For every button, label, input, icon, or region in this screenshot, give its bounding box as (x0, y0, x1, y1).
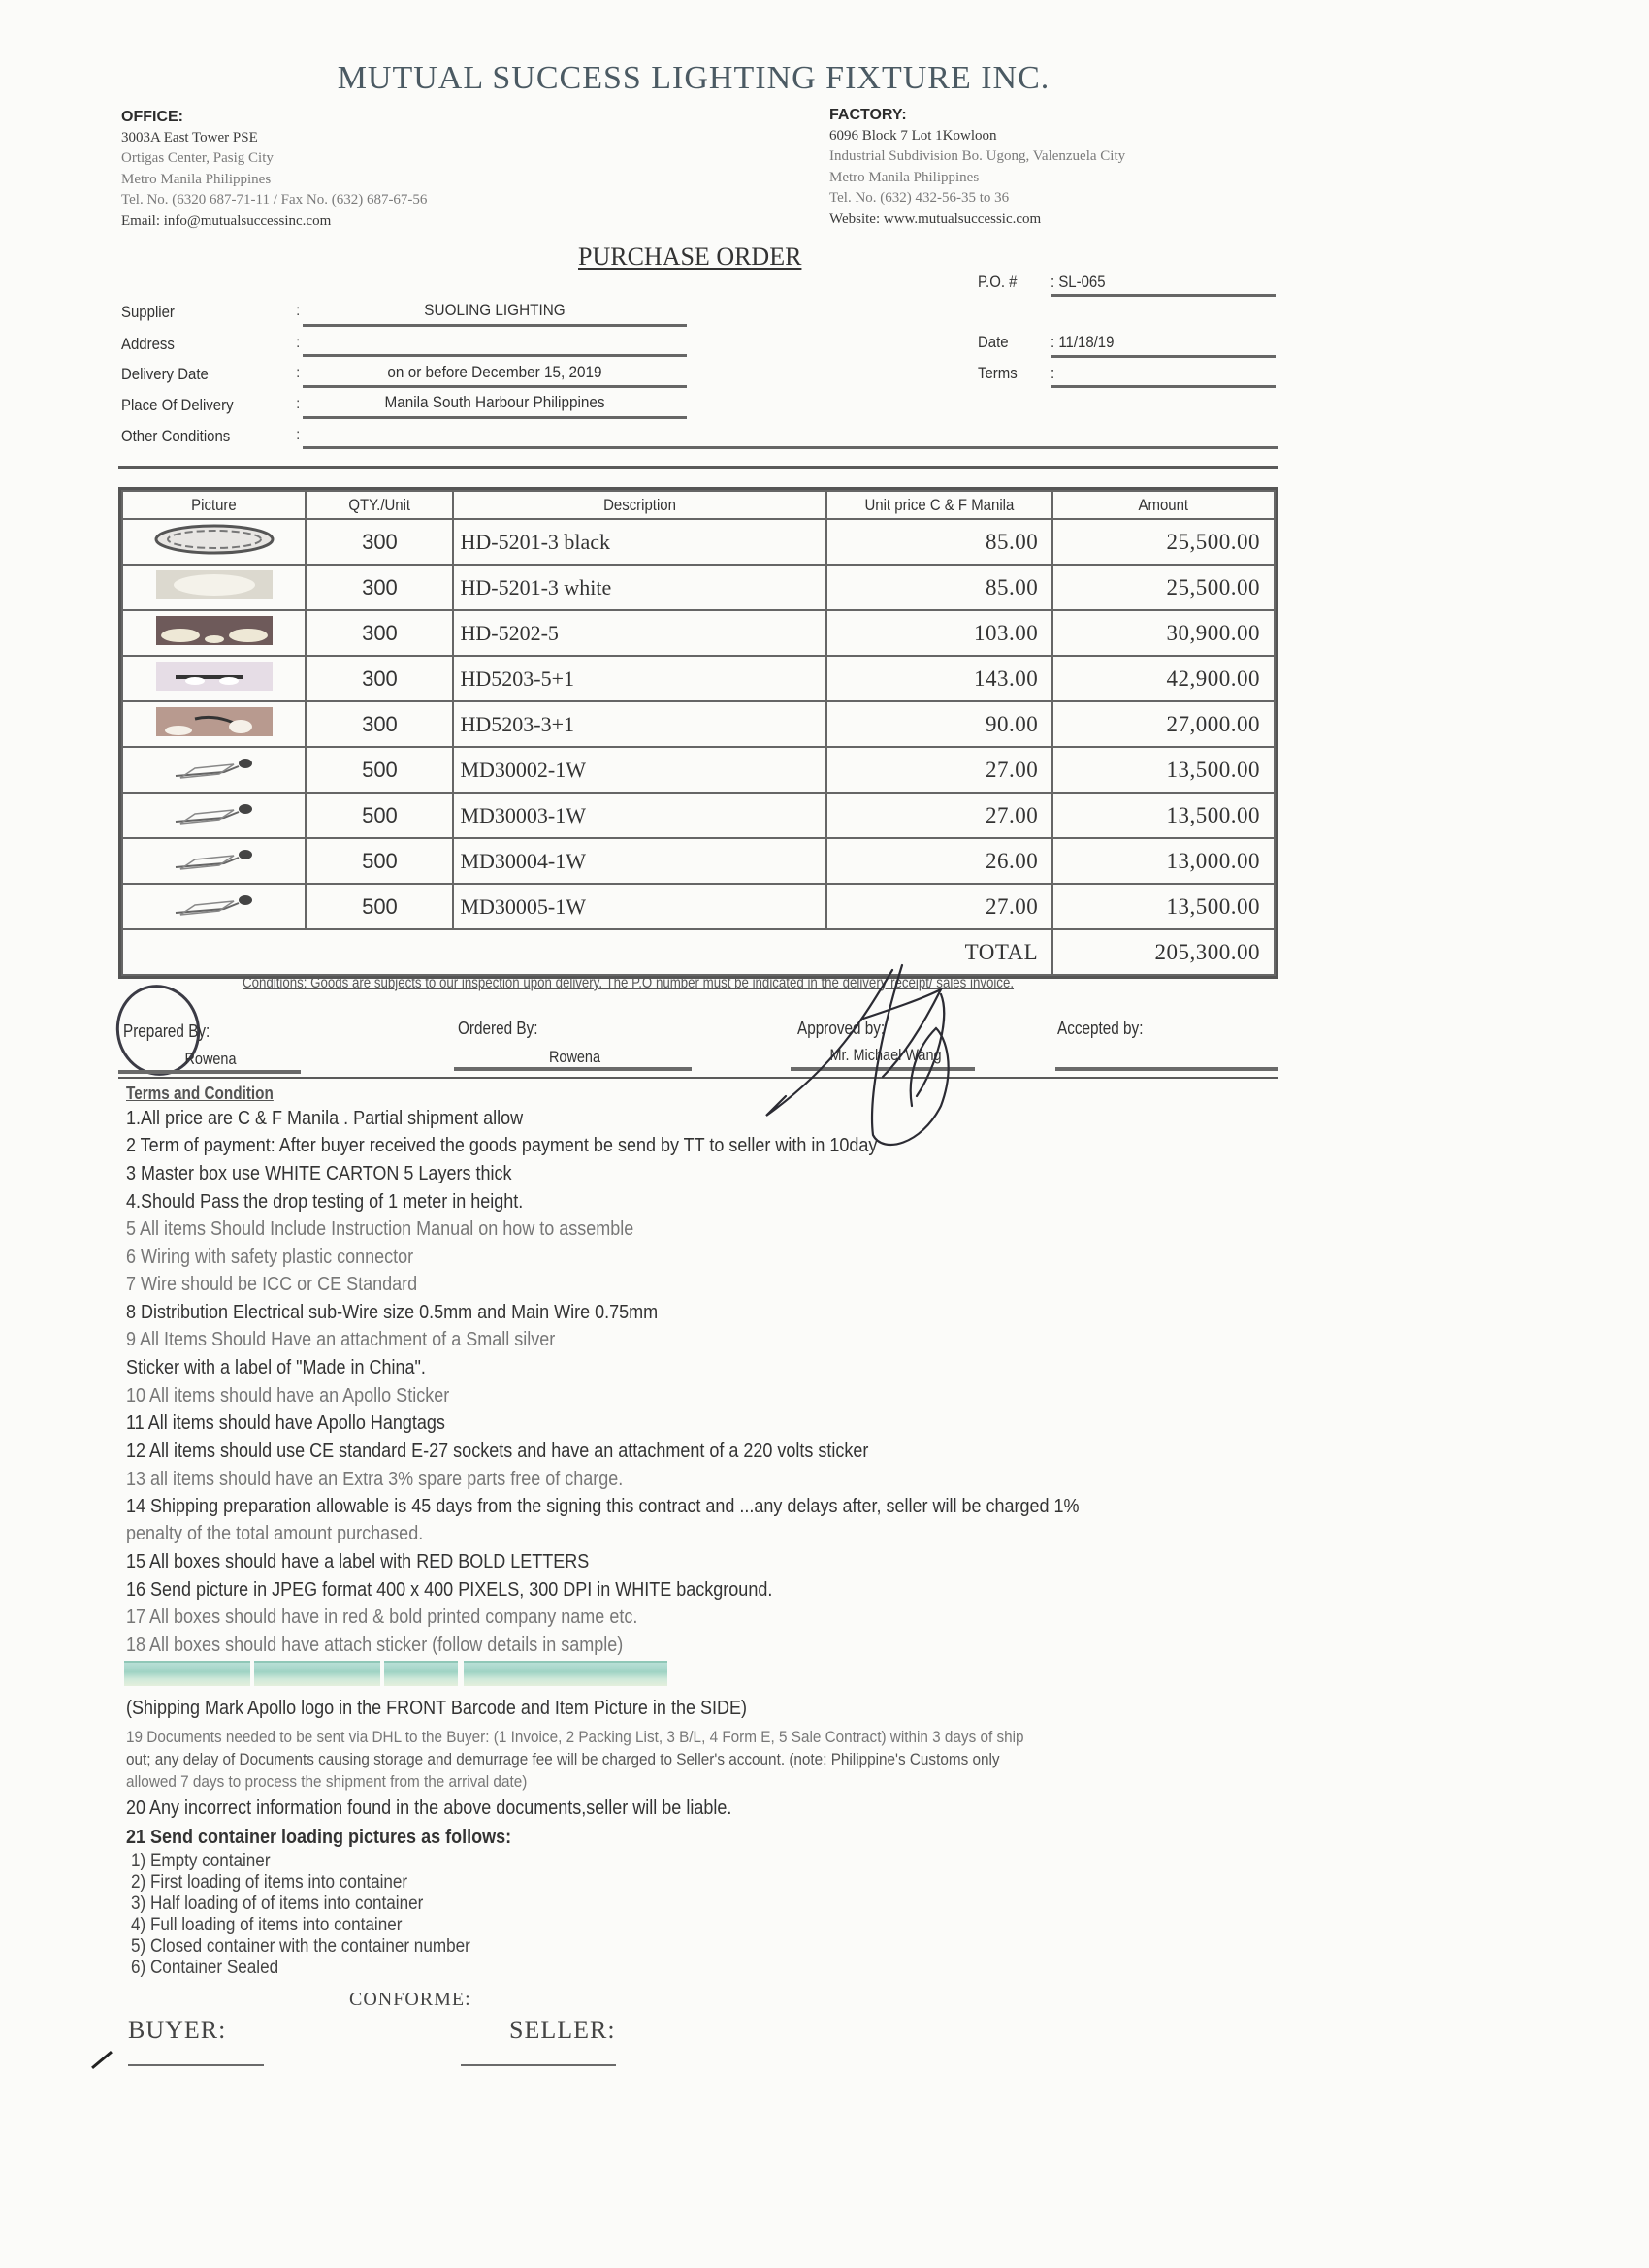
item-unit-price: 27.00 (826, 884, 1052, 929)
item-description: HD-5201-3 black (453, 519, 826, 565)
factory-line: Metro Manila Philippines (829, 168, 1125, 189)
ordered-by-label: Ordered By: (458, 1019, 537, 1039)
item-qty: 300 (306, 701, 453, 747)
prepared-by-label: Prepared By: (123, 1021, 210, 1042)
item-picture (122, 793, 306, 838)
supplier-line (303, 324, 687, 327)
lamp-image-icon (146, 705, 282, 738)
terms-title: Terms and Condition (126, 1084, 274, 1104)
prepared-by-line (118, 1070, 301, 1074)
supplier-colon: : (296, 303, 300, 320)
accepted-by-line (1055, 1067, 1278, 1071)
prepared-by-name: Rowena (137, 1050, 285, 1069)
term-item: 11 All items should have Apollo Hangtags (126, 1412, 445, 1435)
item-picture (122, 701, 306, 747)
lamp-image-icon (146, 888, 282, 921)
table-header-row: Picture QTY./Unit Description Unit price… (122, 491, 1275, 519)
column-header-unit-price: Unit price C & F Manila (826, 491, 1052, 519)
office-address: OFFICE: 3003A East Tower PSE Ortigas Cen… (121, 107, 427, 232)
item-unit-price: 103.00 (826, 610, 1052, 656)
loading-picture-item: 4) Full loading of items into container (131, 1915, 402, 1936)
buyer-label: BUYER: (128, 2016, 226, 2045)
item-unit-price: 143.00 (826, 656, 1052, 701)
term-item: 10 All items should have an Apollo Stick… (126, 1385, 449, 1408)
item-picture (122, 565, 306, 610)
address-label: Address (121, 335, 175, 354)
lamp-image-icon (146, 660, 282, 693)
item-description: MD30002-1W (453, 747, 826, 793)
table-row: 300HD-5201-3 black85.0025,500.00 (122, 519, 1275, 565)
term-item: 20 Any incorrect information found in th… (126, 1798, 731, 1820)
term-item: 5 All items Should Include Instruction M… (126, 1218, 633, 1241)
item-unit-price: 85.00 (826, 565, 1052, 610)
sticker-sample-image (464, 1661, 667, 1686)
item-qty: 300 (306, 610, 453, 656)
table-row: 300HD5203-5+1143.0042,900.00 (122, 656, 1275, 701)
item-picture (122, 610, 306, 656)
loading-picture-item: 5) Closed container with the container n… (131, 1936, 470, 1958)
item-amount: 13,500.00 (1052, 884, 1275, 929)
term-item: 21 Send container loading pictures as fo… (126, 1827, 511, 1849)
terms-label: Terms (978, 364, 1018, 383)
term-item: Sticker with a label of "Made in China". (126, 1357, 426, 1379)
factory-line: Tel. No. (632) 432-56-35 to 36 (829, 188, 1125, 210)
factory-line: Industrial Subdivision Bo. Ugong, Valenz… (829, 146, 1125, 168)
total-row: TOTAL 205,300.00 (122, 929, 1275, 975)
term-item: 9 All Items Should Have an attachment of… (126, 1329, 555, 1351)
item-description: HD5203-3+1 (453, 701, 826, 747)
item-qty: 300 (306, 565, 453, 610)
office-line: Tel. No. (6320 687-71-11 / Fax No. (632)… (121, 190, 427, 211)
place-of-delivery-value: Manila South Harbour Philippines (322, 393, 667, 412)
lamp-image-icon (146, 523, 282, 556)
other-conditions-line (303, 446, 1278, 449)
column-header-qty: QTY./Unit (306, 491, 453, 519)
loading-picture-item: 1) Empty container (131, 1851, 271, 1872)
place-of-delivery-colon: : (296, 396, 300, 413)
table-row: 500MD30002-1W27.0013,500.00 (122, 747, 1275, 793)
accepted-by-label: Accepted by: (1057, 1019, 1143, 1039)
item-amount: 13,000.00 (1052, 838, 1275, 884)
lamp-image-icon (146, 796, 282, 829)
term-item: 3 Master box use WHITE CARTON 5 Layers t… (126, 1163, 511, 1185)
item-amount: 30,900.00 (1052, 610, 1275, 656)
lamp-image-icon (146, 568, 282, 601)
item-amount: 27,000.00 (1052, 701, 1275, 747)
item-qty: 500 (306, 747, 453, 793)
term-item: 17 All boxes should have in red & bold p… (126, 1606, 637, 1629)
section-divider (118, 466, 1278, 469)
item-unit-price: 90.00 (826, 701, 1052, 747)
table-row: 300HD-5201-3 white85.0025,500.00 (122, 565, 1275, 610)
address-line (303, 354, 687, 357)
term-item: 19 Documents needed to be sent via DHL t… (126, 1728, 1024, 1747)
item-qty: 300 (306, 656, 453, 701)
ordered-by-name: Rowena (473, 1048, 675, 1067)
factory-heading: FACTORY: (829, 105, 1125, 126)
date-label: Date (978, 333, 1009, 352)
delivery-date-line (303, 385, 687, 388)
buyer-signature-line (128, 2064, 264, 2066)
item-description: HD-5201-3 white (453, 565, 826, 610)
item-amount: 13,500.00 (1052, 793, 1275, 838)
term-item: 18 All boxes should have attach sticker … (126, 1635, 623, 1657)
po-number-value: : SL-065 (1051, 273, 1106, 292)
other-conditions-label: Other Conditions (121, 427, 230, 446)
office-line: 3003A East Tower PSE (121, 128, 427, 149)
terms-line (1051, 385, 1276, 388)
item-description: MD30005-1W (453, 884, 826, 929)
pen-mark (91, 2051, 113, 2069)
table-row: 500MD30003-1W27.0013,500.00 (122, 793, 1275, 838)
delivery-date-value: on or before December 15, 2019 (322, 363, 667, 382)
supplier-label: Supplier (121, 303, 175, 322)
term-item: 15 All boxes should have a label with RE… (126, 1551, 589, 1573)
loading-picture-item: 3) Half loading of of items into contain… (131, 1894, 423, 1915)
table-row: 300HD-5202-5103.0030,900.00 (122, 610, 1275, 656)
line-items-table: Picture QTY./Unit Description Unit price… (118, 487, 1278, 979)
place-of-delivery-label: Place Of Delivery (121, 396, 234, 415)
conforme-title: CONFORME: (349, 1989, 471, 2011)
column-header-picture: Picture (122, 491, 306, 519)
column-header-amount: Amount (1052, 491, 1275, 519)
term-item: 16 Send picture in JPEG format 400 x 400… (126, 1579, 772, 1602)
supplier-value: SUOLING LIGHTING (322, 301, 667, 320)
term-item: out; any delay of Documents causing stor… (126, 1750, 1000, 1769)
item-picture (122, 747, 306, 793)
term-item: 14 Shipping preparation allowable is 45 … (126, 1496, 1080, 1518)
lamp-image-icon (146, 751, 282, 784)
item-unit-price: 26.00 (826, 838, 1052, 884)
po-number-label: P.O. # (978, 273, 1017, 292)
office-line: Metro Manila Philippines (121, 170, 427, 191)
signature-divider (118, 1077, 1278, 1079)
seller-label: SELLER: (509, 2016, 616, 2045)
term-item: 2 Term of payment: After buyer received … (126, 1135, 877, 1157)
handwritten-signature-icon (747, 960, 1009, 1154)
term-item: 7 Wire should be ICC or CE Standard (126, 1274, 417, 1296)
item-description: HD-5202-5 (453, 610, 826, 656)
date-line (1051, 355, 1276, 358)
item-picture (122, 838, 306, 884)
item-amount: 25,500.00 (1052, 519, 1275, 565)
date-value: : 11/18/19 (1051, 333, 1114, 352)
table-row: 300HD5203-3+190.0027,000.00 (122, 701, 1275, 747)
term-item: 1.All price are C & F Manila . Partial s… (126, 1108, 523, 1130)
item-amount: 13,500.00 (1052, 747, 1275, 793)
table-row: 500MD30005-1W27.0013,500.00 (122, 884, 1275, 929)
loading-picture-item: 6) Container Sealed (131, 1958, 278, 1979)
term-item: 13 all items should have an Extra 3% spa… (126, 1469, 623, 1491)
item-amount: 42,900.00 (1052, 656, 1275, 701)
address-colon: : (296, 335, 300, 352)
lamp-image-icon (146, 614, 282, 647)
item-qty: 500 (306, 884, 453, 929)
office-line: Ortigas Center, Pasig City (121, 148, 427, 170)
column-header-description: Description (453, 491, 826, 519)
item-qty: 500 (306, 793, 453, 838)
seller-signature-line (461, 2064, 616, 2066)
delivery-date-colon: : (296, 365, 300, 382)
term-item: 6 Wiring with safety plastic connector (126, 1247, 413, 1269)
sticker-sample-image (124, 1661, 250, 1686)
loading-picture-item: 2) First loading of items into container (131, 1872, 407, 1894)
item-description: HD5203-5+1 (453, 656, 826, 701)
factory-line: 6096 Block 7 Lot 1Kowloon (829, 126, 1125, 147)
term-item: allowed 7 days to process the shipment f… (126, 1772, 527, 1792)
delivery-date-label: Delivery Date (121, 365, 209, 384)
ordered-by-line (454, 1067, 692, 1071)
item-picture (122, 519, 306, 565)
lamp-image-icon (146, 842, 282, 875)
item-description: MD30003-1W (453, 793, 826, 838)
company-name: MUTUAL SUCCESS LIGHTING FIXTURE INC. (0, 60, 1387, 97)
item-description: MD30004-1W (453, 838, 826, 884)
term-item: 4.Should Pass the drop testing of 1 mete… (126, 1191, 523, 1214)
po-number-line (1051, 294, 1276, 297)
term-item: 12 All items should use CE standard E-27… (126, 1441, 868, 1463)
total-amount: 205,300.00 (1052, 929, 1275, 975)
item-amount: 25,500.00 (1052, 565, 1275, 610)
office-heading: OFFICE: (121, 107, 427, 128)
item-unit-price: 85.00 (826, 519, 1052, 565)
item-picture (122, 656, 306, 701)
item-picture (122, 884, 306, 929)
office-email: Email: info@mutualsuccessinc.com (121, 211, 427, 233)
item-qty: 300 (306, 519, 453, 565)
sticker-sample-image (254, 1661, 380, 1686)
document-title: PURCHASE ORDER (578, 243, 801, 272)
factory-website: Website: www.mutualsuccessic.com (829, 210, 1125, 231)
place-of-delivery-line (303, 416, 687, 419)
item-qty: 500 (306, 838, 453, 884)
factory-address: FACTORY: 6096 Block 7 Lot 1Kowloon Indus… (829, 105, 1125, 230)
term-item: penalty of the total amount purchased. (126, 1523, 423, 1545)
other-conditions-colon: : (296, 427, 300, 444)
term-item: (Shipping Mark Apollo logo in the FRONT … (126, 1698, 747, 1720)
item-unit-price: 27.00 (826, 747, 1052, 793)
term-item: 8 Distribution Electrical sub-Wire size … (126, 1302, 658, 1324)
item-unit-price: 27.00 (826, 793, 1052, 838)
sticker-sample-image (384, 1661, 458, 1686)
terms-value: : (1051, 364, 1054, 383)
table-row: 500MD30004-1W26.0013,000.00 (122, 838, 1275, 884)
